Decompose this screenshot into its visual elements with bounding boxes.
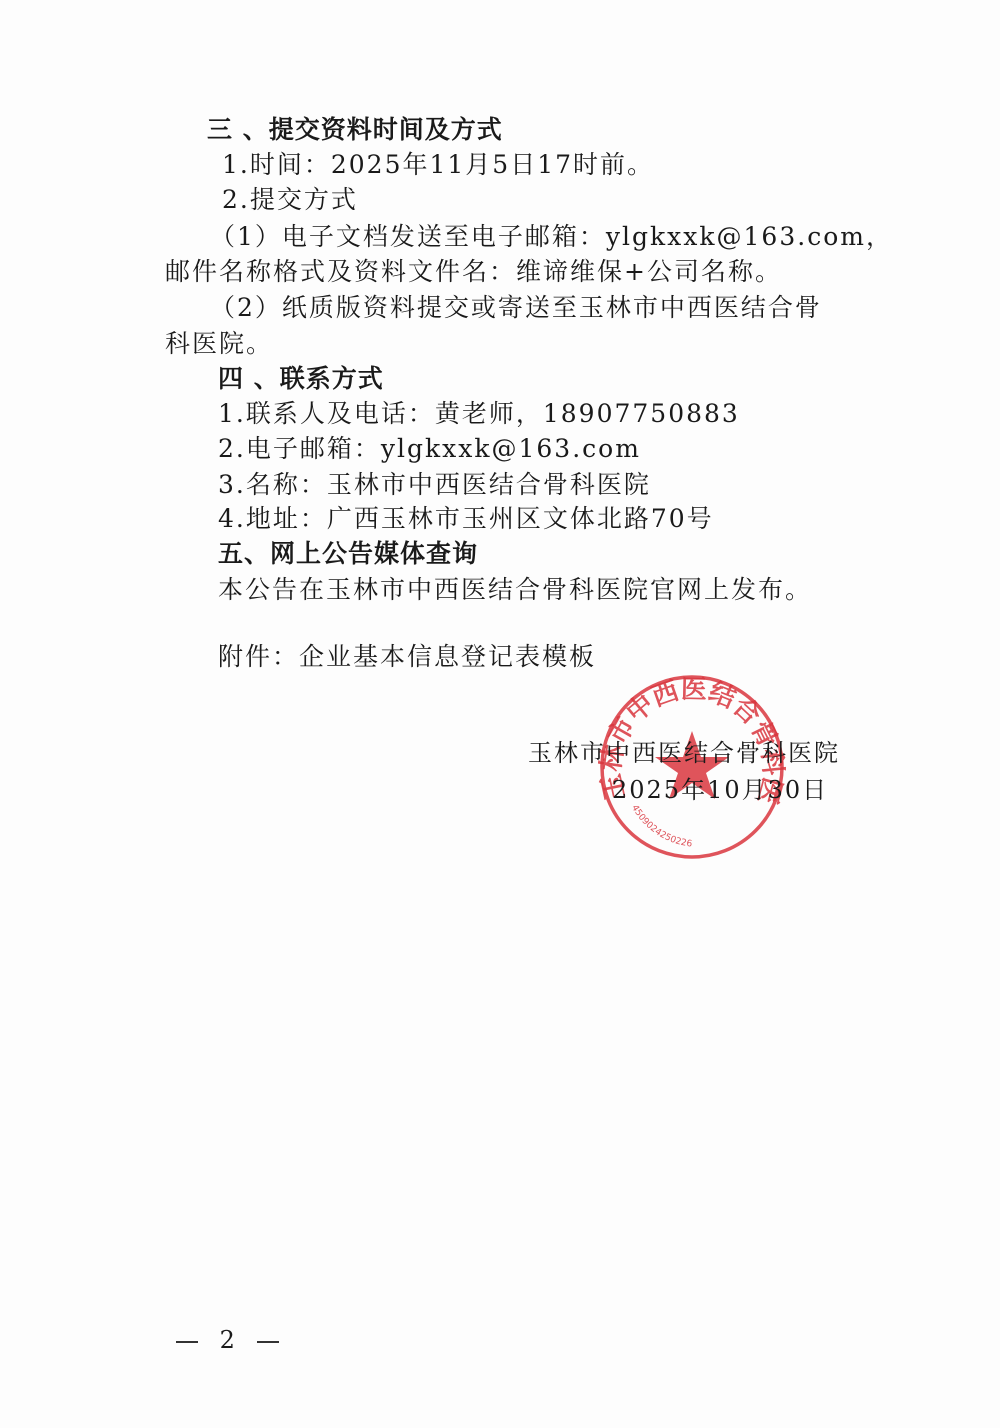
attachment-note: 附件：企业基本信息登记表模板	[218, 642, 596, 672]
section5-heading: 五、网上公告媒体查询	[218, 539, 478, 569]
section3-sub1-line2: 邮件名称格式及资料文件名：维谛维保+公司名称。	[165, 257, 782, 287]
signature-org: 玉林市中西医结合骨科医院	[528, 738, 840, 768]
section4-heading: 四 、联系方式	[218, 364, 384, 394]
dash-left	[176, 1341, 198, 1343]
section3-item1: 1.时间：2025年11月5日17时前。	[222, 150, 654, 180]
section4-item3: 3.名称：玉林市中西医结合骨科医院	[218, 470, 651, 500]
page-number-value: 2	[220, 1326, 235, 1354]
dash-right	[257, 1341, 279, 1343]
section5-text: 本公告在玉林市中西医结合骨科医院官网上发布。	[218, 575, 812, 605]
section3-sub2-line2: 科医院。	[165, 329, 273, 359]
signature-date: 2025年10月30日	[612, 775, 828, 805]
svg-text:4509024250226: 4509024250226	[629, 803, 693, 849]
section3-sub2-line1: （2）纸质版资料提交或寄送至玉林市中西医结合骨	[210, 293, 822, 323]
section3-item2: 2.提交方式	[222, 185, 358, 215]
page-number: 2	[176, 1325, 279, 1355]
section3-heading: 三 、提交资料时间及方式	[207, 115, 503, 145]
section4-item2: 2.电子邮箱：ylgkxxk@163.com	[218, 434, 641, 464]
section3-sub1-line1: （1）电子文档发送至电子邮箱：ylgkxxk@163.com，	[210, 222, 893, 252]
section4-item4: 4.地址：广西玉林市玉州区文体北路70号	[218, 504, 714, 534]
section4-item1: 1.联系人及电话：黄老师，18907750883	[218, 399, 740, 429]
